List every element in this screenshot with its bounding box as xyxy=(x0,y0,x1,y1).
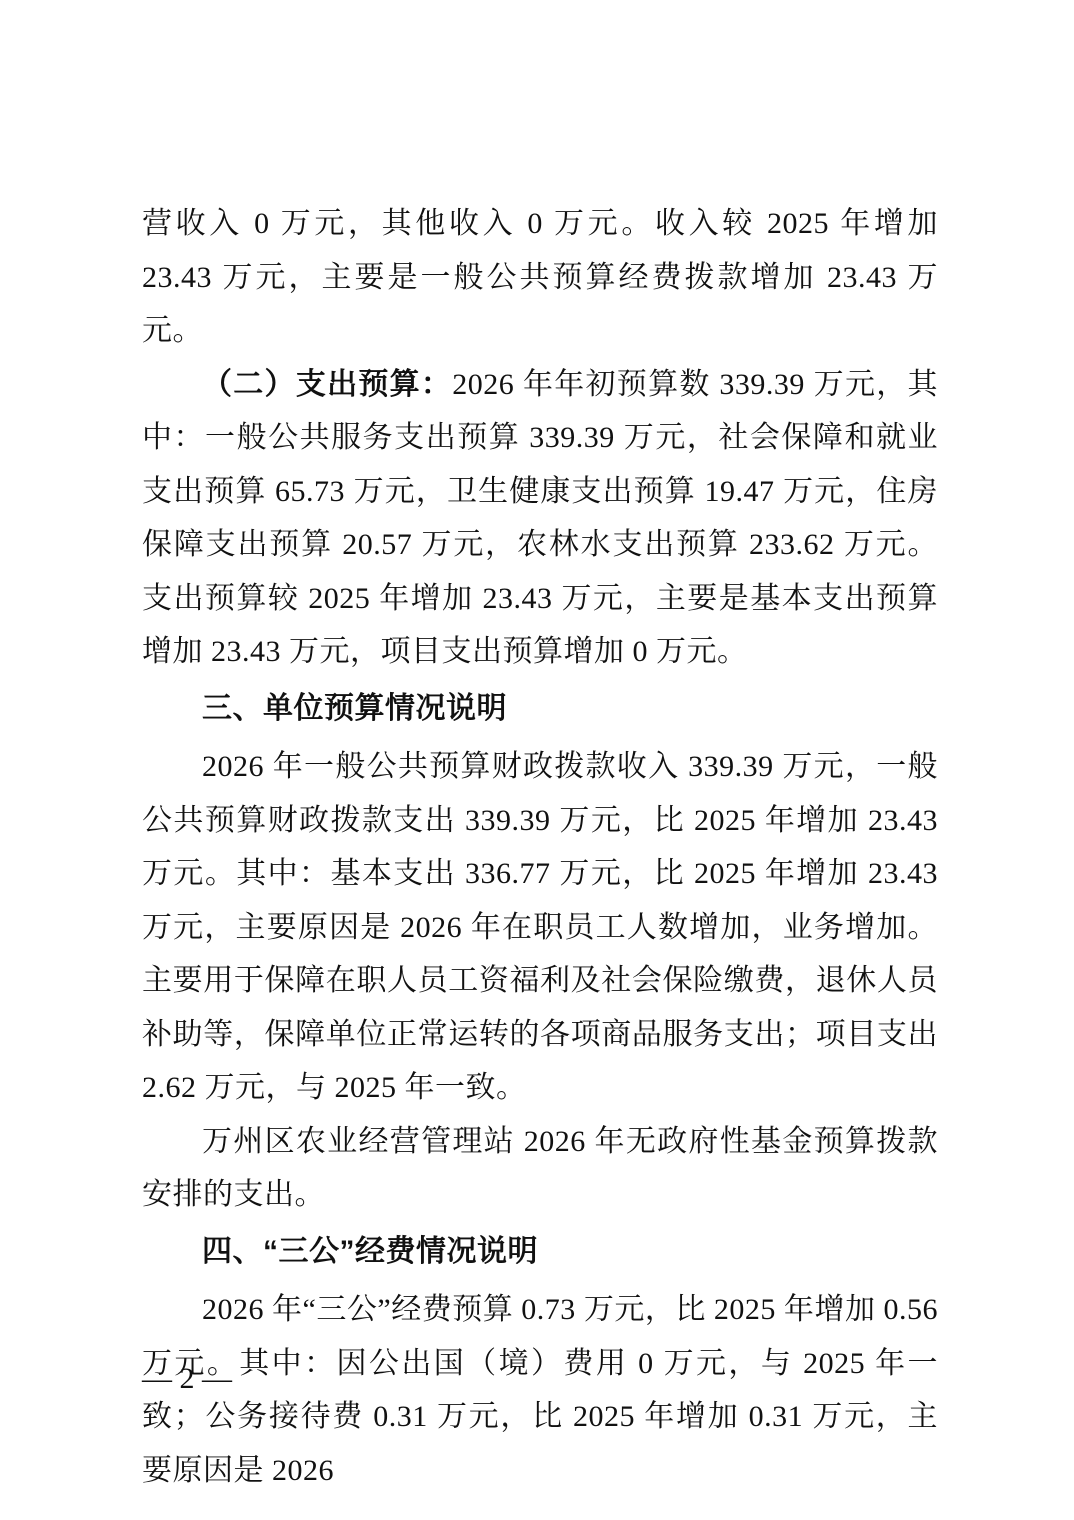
paragraph-fiscal-allocation: 2026 年一般公共预算财政拨款收入 339.39 万元，一般公共预算财政拨款支… xyxy=(142,740,938,1115)
paragraph-expenditure-text: 2026 年年初预算数 339.39 万元，其中：一般公共服务支出预算 339.… xyxy=(142,368,938,669)
page-footer: — 2 — xyxy=(142,1360,232,1398)
paragraph-gov-fund: 万州区农业经营管理站 2026 年无政府性基金预算拨款安排的支出。 xyxy=(142,1115,938,1222)
document-page: 营收入 0 万元，其他收入 0 万元。收入较 2025 年增加 23.43 万元… xyxy=(0,0,1074,1520)
paragraph-income-continuation: 营收入 0 万元，其他收入 0 万元。收入较 2025 年增加 23.43 万元… xyxy=(142,197,938,358)
subheading-expenditure-lead: （二）支出预算： xyxy=(202,368,452,401)
section-heading-unit-budget: 三、单位预算情况说明 xyxy=(142,682,938,736)
page-number: — 2 — xyxy=(142,1362,232,1395)
section-heading-three-public-funds: 四、“三公”经费情况说明 xyxy=(142,1225,938,1279)
paragraph-three-public-expense: 2026 年“三公”经费预算 0.73 万元，比 2025 年增加 0.56 万… xyxy=(142,1283,938,1497)
document-body: 营收入 0 万元，其他收入 0 万元。收入较 2025 年增加 23.43 万元… xyxy=(142,197,938,1497)
paragraph-expenditure-budget: （二）支出预算：2026 年年初预算数 339.39 万元，其中：一般公共服务支… xyxy=(142,358,938,679)
